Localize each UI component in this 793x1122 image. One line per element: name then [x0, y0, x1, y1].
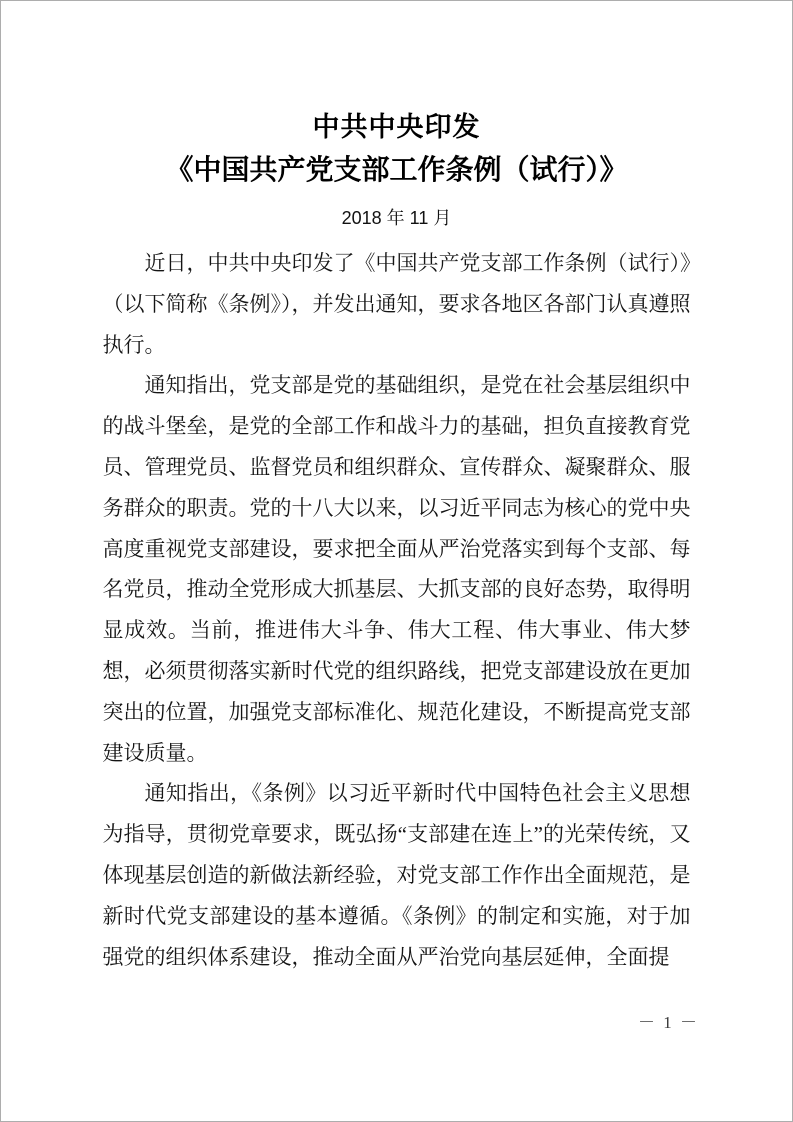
document-page: 中共中央印发 《中国共产党支部工作条例（试行）》 2018 年 11 月 近日，…	[0, 0, 793, 1122]
page-number: － 1 －	[638, 1013, 699, 1033]
document-date: 2018 年 11 月	[1, 205, 792, 231]
document-body: 近日，中共中央印发了《中国共产党支部工作条例（试行）》（以下简称《条例》），并发…	[103, 243, 691, 977]
document-title-line1: 中共中央印发	[1, 107, 792, 147]
paragraph-notice-guidance: 通知指出，《条例》以习近平新时代中国特色社会主义思想为指导，贯彻党章要求，既弘扬…	[103, 773, 691, 977]
paragraph-intro: 近日，中共中央印发了《中国共产党支部工作条例（试行）》（以下简称《条例》），并发…	[103, 243, 691, 365]
document-title-line2: 《中国共产党支部工作条例（试行）》	[1, 147, 792, 193]
paragraph-notice-role: 通知指出，党支部是党的基础组织，是党在社会基层组织中的战斗堡垒，是党的全部工作和…	[103, 365, 691, 773]
